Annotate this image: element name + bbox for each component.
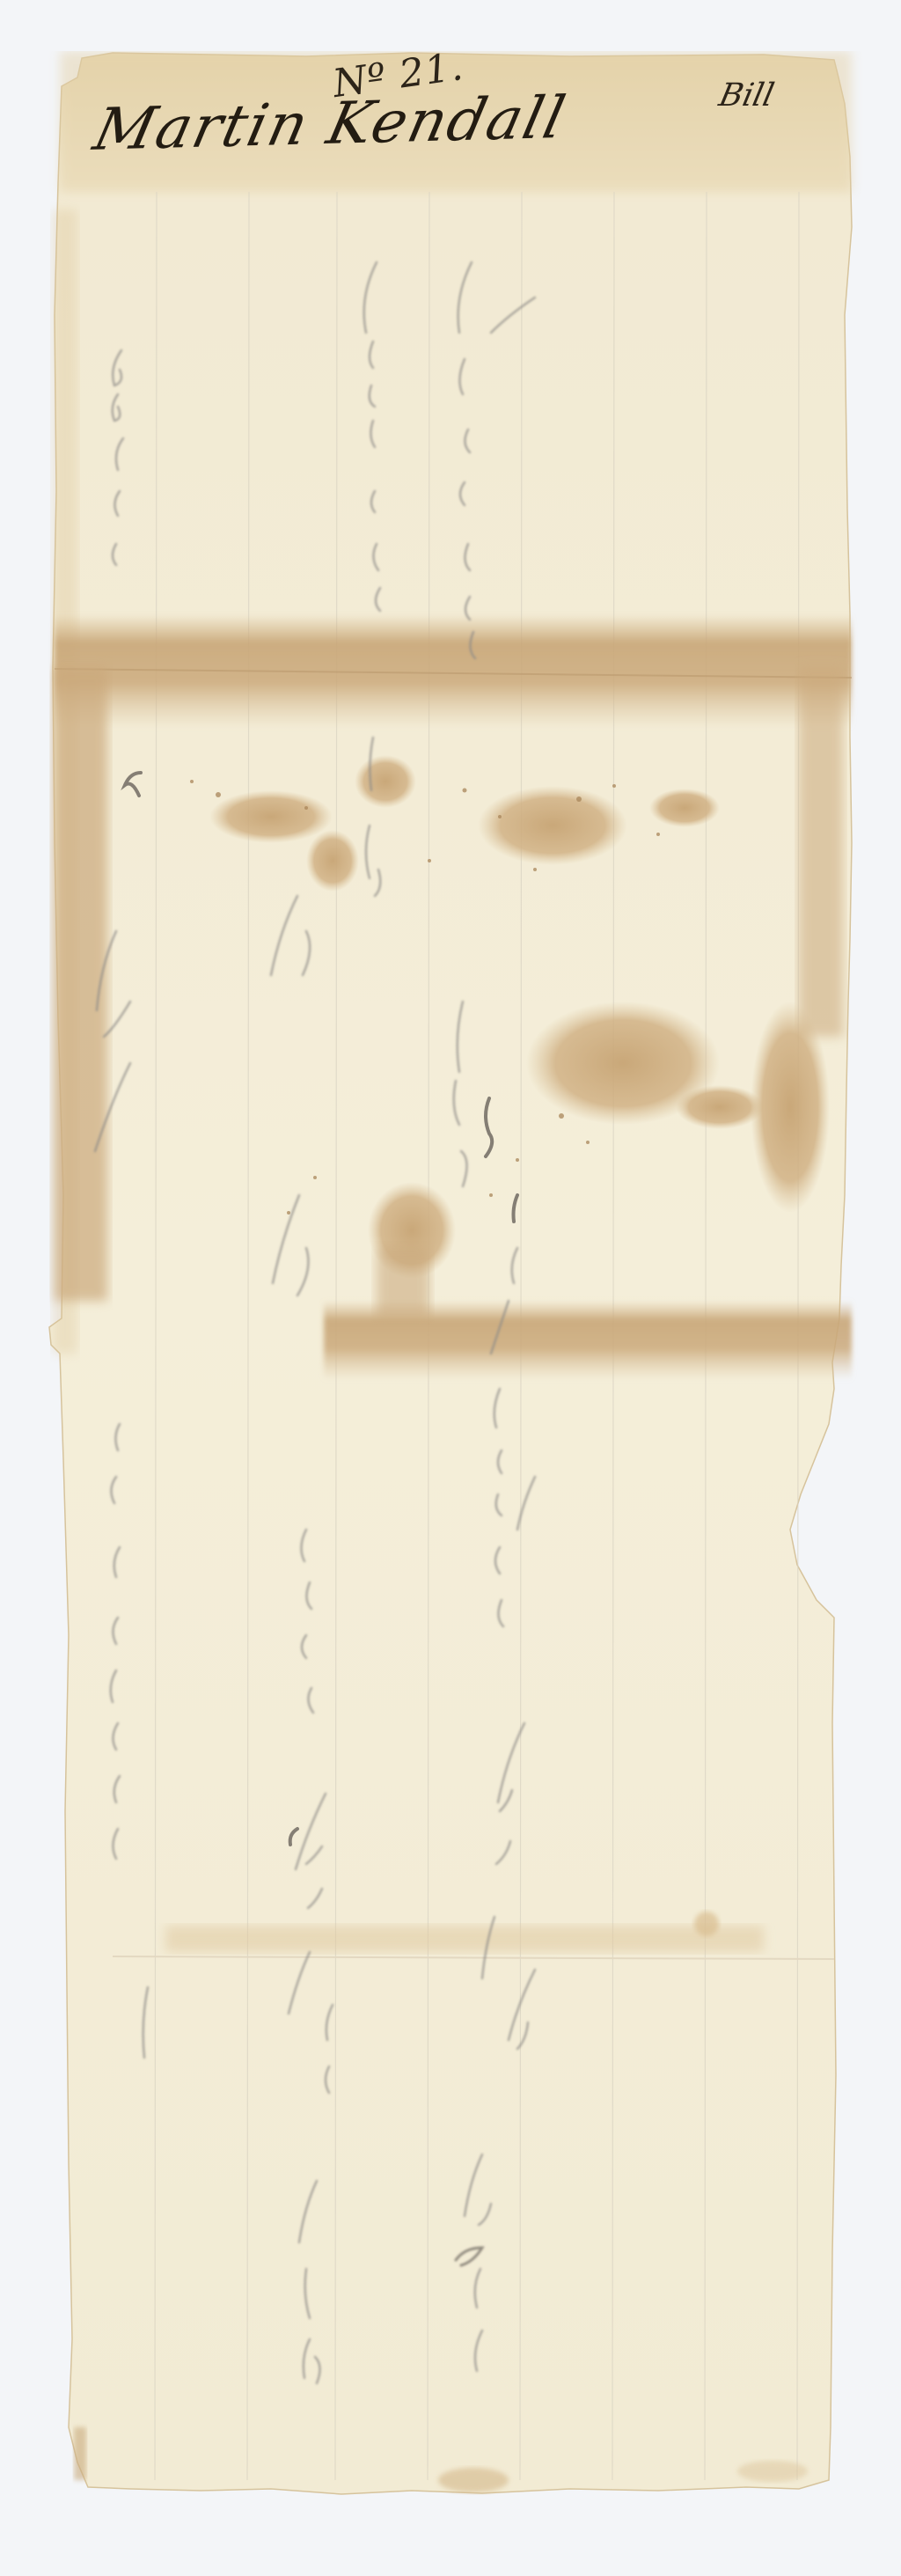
docket-header: Nº 21. Martin Kendall Bill: [42, 51, 864, 183]
paper-sheet-shape: [42, 51, 864, 2528]
docket-label: Bill: [716, 77, 778, 114]
docket-name: Martin Kendall: [88, 84, 573, 164]
document-sheet: Nº 21. Martin Kendall Bill: [42, 51, 864, 2528]
